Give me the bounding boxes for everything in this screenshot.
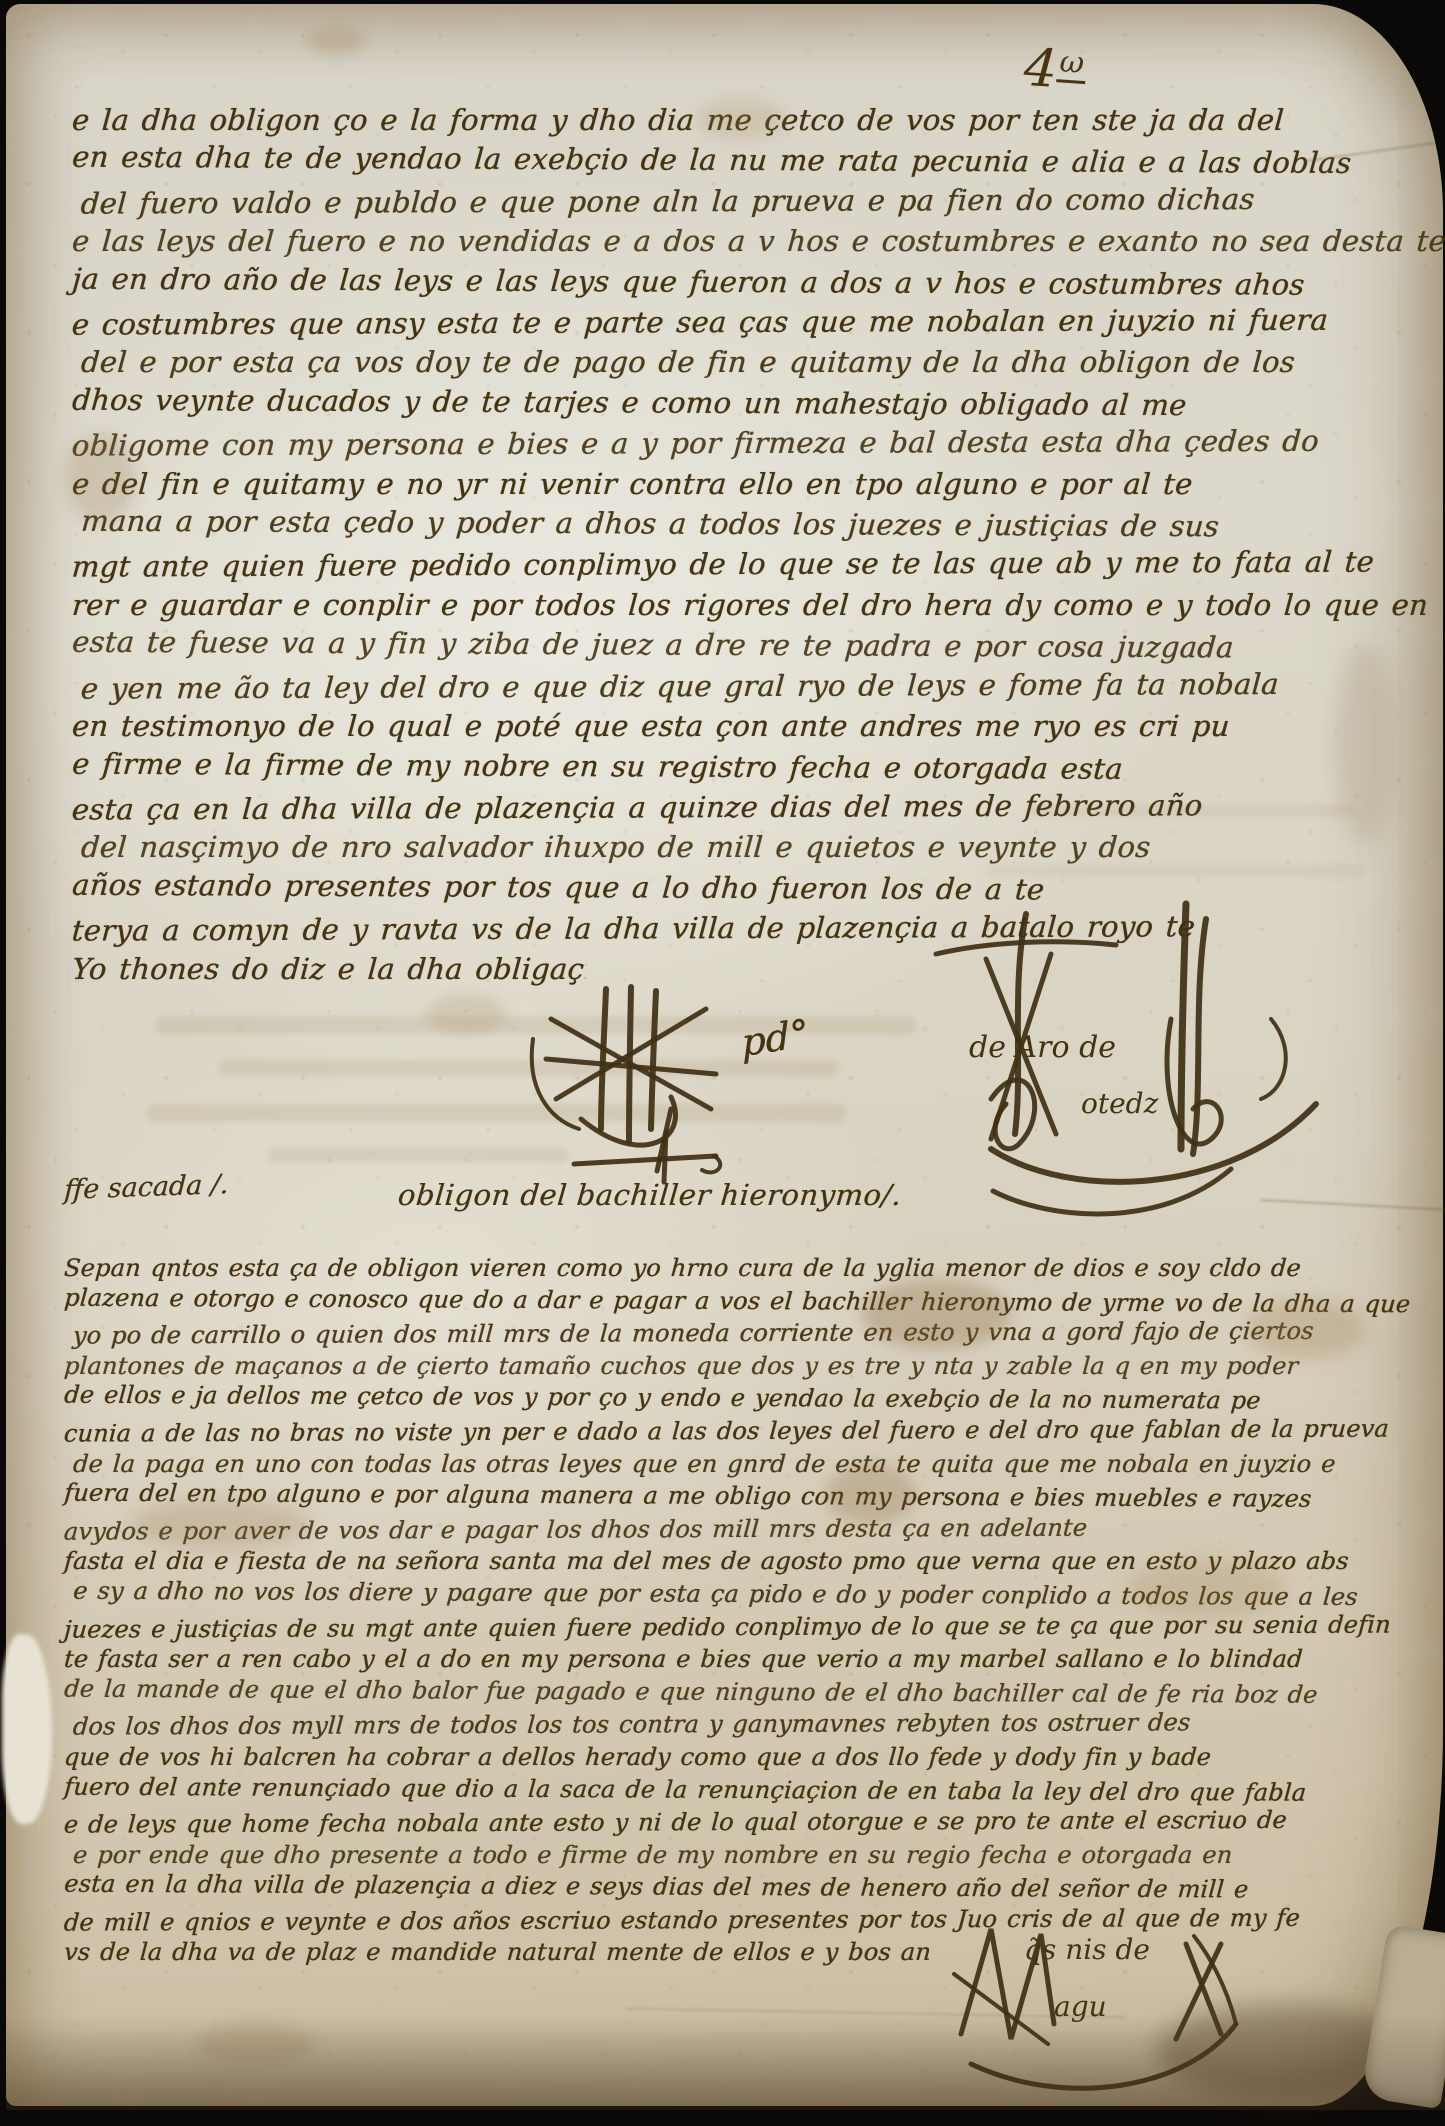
manuscript-line: dos los dhos dos myll mrs de todos los t… [72, 1706, 1428, 1744]
bleed-through [986, 864, 1366, 877]
bleed-through [146, 1104, 846, 1122]
folio-number: 4ω [1022, 38, 1088, 102]
bleed-through [1026, 804, 1356, 817]
margin-note: ffe sacada ∕. [63, 1169, 229, 1206]
worn-edge [2, 1634, 52, 1824]
signature-bottom-text-1: q̃s nis de [1024, 1933, 1150, 1966]
manuscript-line: Yo thones do diz e la dha obligaçion [71, 949, 588, 989]
stain [131, 1499, 311, 1549]
stain [861, 1279, 1011, 1349]
manuscript-line: e por ende que dho presente a todo e fir… [72, 1839, 1427, 1872]
folio-superscript: ω [1056, 44, 1087, 84]
stain [1126, 1559, 1286, 1619]
manuscript-line: del fuero valdo e publdo e que pone aln … [79, 178, 1425, 224]
manuscript-line: e costumbres que ansy esta te e parte se… [70, 299, 1425, 345]
manuscript-line: ja en dro año de las leys e las leys que… [71, 258, 1426, 305]
manuscript-line: e las leys del fuero e no vendidas e a d… [71, 221, 1426, 261]
manuscript-line: vs de la dha va de plaz e mandide natura… [63, 1936, 937, 1969]
manuscript-line: yo po de carrillo o quien dos mill mrs d… [72, 1315, 1428, 1353]
stain [426, 994, 506, 1034]
manuscript-line: mana a por esta çedo y poder a dhos a to… [80, 501, 1426, 548]
manuscript-line: Sepan qntos esta ça de obligon vieren co… [63, 1252, 1427, 1285]
stain [696, 99, 786, 139]
manuscript-line: de la paga en uno con todas las otras le… [72, 1448, 1427, 1481]
manuscript-line: esta te fuese va a y fin y ziba de juez … [71, 622, 1426, 669]
manuscript-line: plantones de maçanos a de çierto tamaño … [63, 1350, 1427, 1383]
manuscript-line: en testimonyo de lo qual e poté que esta… [71, 706, 1426, 746]
text-block-1: e la dha obligon ço e la forma y dho dia… [72, 100, 1424, 989]
signature-bottom-text-2: agu [1054, 1990, 1107, 2023]
manuscript-line: que de vos hi balcren ha cobrar a dellos… [63, 1741, 1427, 1774]
manuscript-line: te fasta ser a ren cabo y el a do en my … [63, 1643, 1427, 1676]
signature-right-text-1: de Aro de [969, 1030, 1116, 1065]
manuscript-line: e de leys que home fecha nobala ante est… [63, 1803, 1428, 1841]
manuscript-line: del nasçimyo de nro salvador ihuxpo de m… [80, 827, 1426, 867]
section-heading: obligon del bachiller hieronymo∕. [397, 1178, 903, 1212]
manuscript-line: rer e guardar e conplir e por todos los … [71, 585, 1426, 625]
manuscript-page: 4ω e la dha obligon ço e la forma y dho … [6, 4, 1443, 2106]
signature-pedro-abbrev: pd° [740, 1011, 809, 1066]
manuscript-line: dhos veynte ducados y de te tarjes e com… [71, 380, 1426, 427]
stain [1336, 644, 1396, 844]
photo-backdrop: 4ω e la dha obligon ço e la forma y dho … [0, 0, 1445, 2126]
stain [66, 434, 136, 524]
stain [306, 28, 366, 54]
signature-right-flourish: de Aro de otedz [931, 899, 1331, 1214]
manuscript-line: e del fin e quitamy e no yr ni venir con… [71, 464, 1426, 504]
manuscript-line: cunia a de las no bras no viste yn per e… [63, 1412, 1428, 1450]
manuscript-line: e firme e la firme de my nobre en su reg… [71, 743, 1426, 790]
stain [826, 1464, 916, 1524]
manuscript-line: e yen me ão ta ley del dro e que diz que… [79, 663, 1425, 709]
manuscript-line: mgt ante quien fuere pedido conplimyo de… [70, 542, 1425, 588]
folio-digit: 4 [1022, 38, 1059, 100]
manuscript-line: del e por esta ça vos doy te de pago de … [80, 342, 1426, 382]
signature-right-text-2: otedz [1081, 1087, 1159, 1120]
manuscript-line: en esta dha te de yendao la exebçio de l… [71, 137, 1426, 184]
manuscript-line: obligome con my persona e bies e a y por… [70, 421, 1425, 467]
stain [1246, 1299, 1366, 1359]
stain [196, 2024, 316, 2064]
